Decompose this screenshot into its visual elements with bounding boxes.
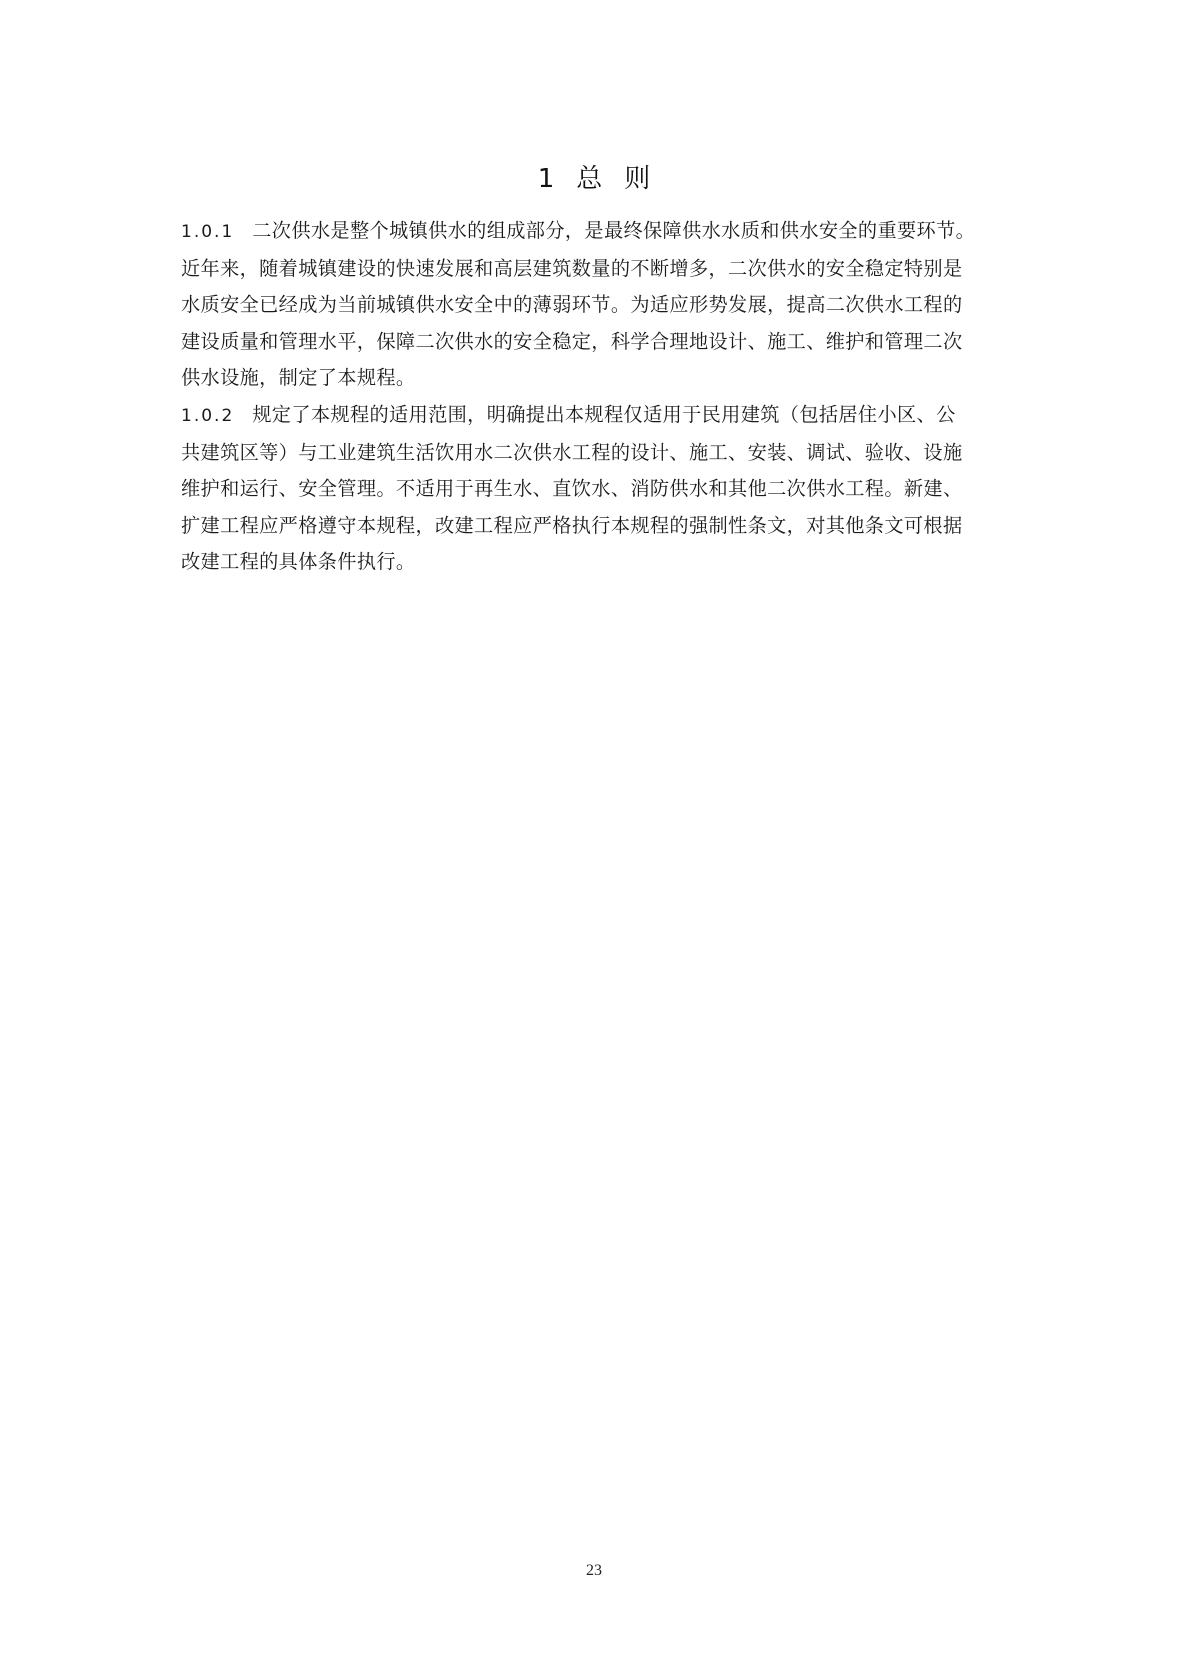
clause-text: 二次供水是整个城镇供水的组成部分，是最终保障供水水质和供水安全的重要环节。 [252,219,975,242]
clause-line: 1.0.1二次供水是整个城镇供水的组成部分，是最终保障供水水质和供水安全的重要环… [181,213,1016,251]
page-number: 23 [0,1562,1188,1580]
clause-1-0-2: 1.0.2规定了本规程的适用范围，明确提出本规程仅适用于民用建筑（包括居住小区、… [181,397,1016,581]
clause-line: 共建筑区等）与工业建筑生活饮用水二次供水工程的设计、施工、安装、调试、验收、设施 [181,435,1016,472]
chapter-title-part1: 总 [576,158,602,195]
clause-line: 水质安全已经成为当前城镇供水安全中的薄弱环节。为适应形势发展，提高二次供水工程的 [181,287,1016,324]
clause-line: 建设质量和管理水平，保障二次供水的安全稳定，科学合理地设计、施工、维护和管理二次 [181,324,1016,361]
clause-number: 1.0.2 [181,406,234,426]
clause-text: 规定了本规程的适用范围，明确提出本规程仅适用于民用建筑（包括居住小区、公 [252,403,955,426]
clause-line: 供水设施，制定了本规程。 [181,360,1016,397]
clause-line: 维护和运行、安全管理。不适用于再生水、直饮水、消防供水和其他二次供水工程。新建、 [181,471,1016,508]
chapter-title: 1总则 [0,158,1188,195]
clause-number: 1.0.1 [181,222,234,242]
document-page: 1总则 1.0.1二次供水是整个城镇供水的组成部分，是最终保障供水水质和供水安全… [0,0,1188,1680]
chapter-body: 1.0.1二次供水是整个城镇供水的组成部分，是最终保障供水水质和供水安全的重要环… [181,213,1016,581]
clause-line: 扩建工程应严格遵守本规程，改建工程应严格执行本规程的强制性条文，对其他条文可根据 [181,508,1016,545]
chapter-title-part2: 则 [624,158,650,195]
clause-line: 1.0.2规定了本规程的适用范围，明确提出本规程仅适用于民用建筑（包括居住小区、… [181,397,1016,435]
clause-line: 近年来，随着城镇建设的快速发展和高层建筑数量的不断增多，二次供水的安全稳定特别是 [181,251,1016,288]
chapter-number: 1 [538,164,555,194]
clause-line: 改建工程的具体条件执行。 [181,544,1016,581]
clause-1-0-1: 1.0.1二次供水是整个城镇供水的组成部分，是最终保障供水水质和供水安全的重要环… [181,213,1016,397]
